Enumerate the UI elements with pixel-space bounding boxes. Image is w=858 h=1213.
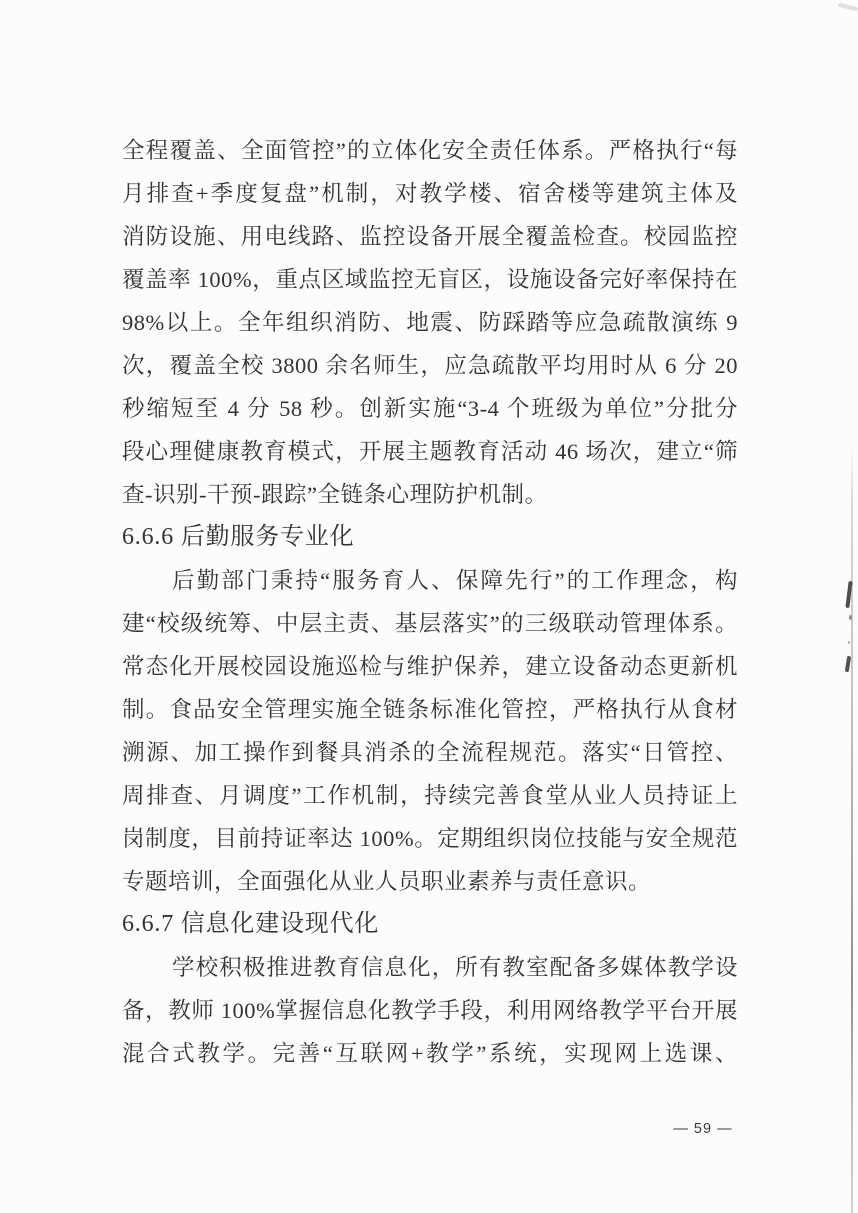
scan-artifact-dot	[849, 615, 852, 620]
scan-artifact-edge-line	[851, 445, 853, 1213]
text-line: 段心理健康教育模式，开展主题教育活动 46 场次，建立“筛	[122, 430, 738, 473]
scan-artifact-dot	[848, 641, 850, 644]
text-line: 岗制度，目前持证率达 100%。定期组织岗位技能与安全规范	[122, 817, 738, 860]
text-line: 制。食品安全管理实施全链条标准化管控，严格执行从食材	[122, 688, 738, 731]
text-line: 后勤部门秉持“服务育人、保障先行”的工作理念，构	[122, 559, 738, 602]
text-line: 备，教师 100%掌握信息化教学手段，利用网络教学平台开展	[122, 989, 738, 1032]
text-line: 消防设施、用电线路、监控设备开展全覆盖检查。校园监控	[122, 215, 738, 258]
text-line: 常态化开展校园设施巡检与维护保养，建立设备动态更新机	[122, 645, 738, 688]
section-heading: 6.6.6 后勤服务专业化	[122, 516, 738, 559]
text-line: 次，覆盖全校 3800 余名师生，应急疏散平均用时从 6 分 20	[122, 344, 738, 387]
text-line: 建“校级统筹、中层主责、基层落实”的三级联动管理体系。	[122, 602, 738, 645]
scan-artifact-corner-mark	[838, 3, 858, 12]
text-line: 覆盖率 100%，重点区域监控无盲区，设施设备完好率保持在	[122, 258, 738, 301]
text-line: 查-识别-干预-跟踪”全链条心理防护机制。	[122, 473, 738, 516]
text-line: 月排查+季度复盘”机制，对教学楼、宿舍楼等建筑主体及	[122, 172, 738, 215]
scanned-page: 全程覆盖、全面管控”的立体化安全责任体系。严格执行“每月排查+季度复盘”机制，对…	[0, 0, 858, 1213]
section-heading: 6.6.7 信息化建设现代化	[122, 903, 738, 946]
text-line: 学校积极推进教育信息化，所有教室配备多媒体教学设	[122, 946, 738, 989]
document-body: 全程覆盖、全面管控”的立体化安全责任体系。严格执行“每月排查+季度复盘”机制，对…	[122, 129, 738, 1075]
text-line: 溯源、加工操作到餐具消杀的全流程规范。落实“日管控、	[122, 731, 738, 774]
page-number: — 59 —	[653, 1121, 753, 1137]
text-line: 秒缩短至 4 分 58 秒。创新实施“3-4 个班级为单位”分批分	[122, 387, 738, 430]
text-line: 专题培训，全面强化从业人员职业素养与责任意识。	[122, 860, 738, 903]
text-line: 周排查、月调度”工作机制，持续完善食堂从业人员持证上	[122, 774, 738, 817]
text-line: 混合式教学。完善“互联网+教学”系统，实现网上选课、	[122, 1032, 738, 1075]
text-line: 98%以上。全年组织消防、地震、防踩踏等应急疏散演练 9	[122, 301, 738, 344]
text-line: 全程覆盖、全面管控”的立体化安全责任体系。严格执行“每	[122, 129, 738, 172]
